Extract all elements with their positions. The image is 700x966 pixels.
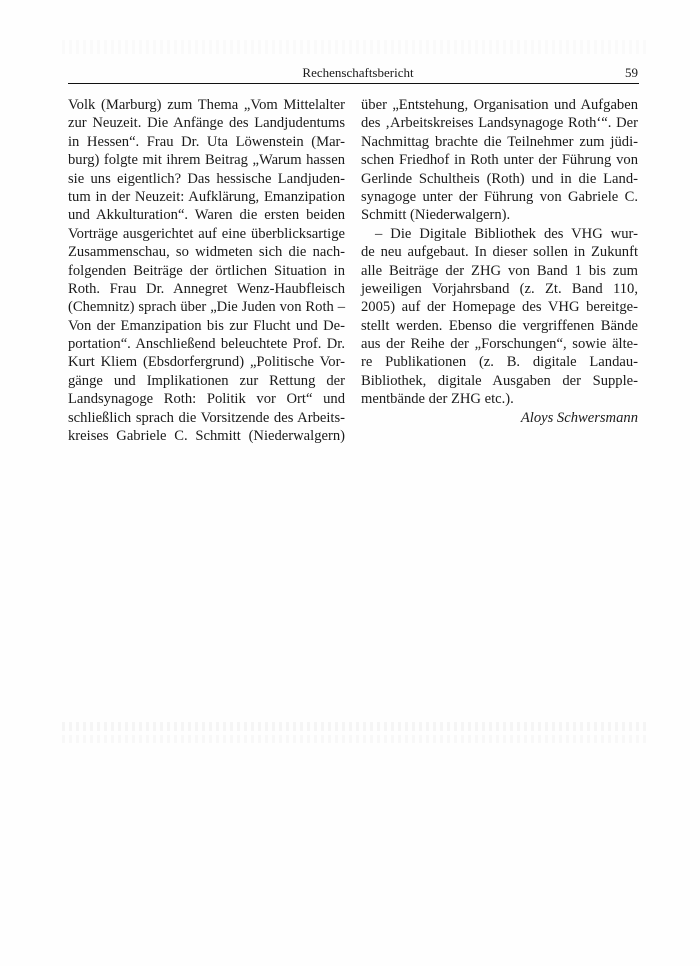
text-line: zur Neuzeit. Die Anfänge des Landjudentu… (68, 114, 345, 132)
text-line: alle Beiträge der ZHG von Band 1 bis zum (361, 262, 638, 280)
text-line: Volk (Marburg) zum Thema „Vom Mittelalte… (68, 96, 345, 114)
scanned-page: Rechenschaftsbericht 59 Volk (Marburg) z… (0, 0, 700, 966)
text-line: sie uns eigentlich? Das hessische Landju… (68, 170, 345, 188)
text-line: mentbände der ZHG etc.). (361, 390, 638, 408)
text-line: in Hessen“. Frau Dr. Uta Löwenstein (Mar… (68, 133, 345, 151)
running-head: Rechenschaftsbericht 59 (68, 64, 638, 82)
text-line: portation“. Anschließend beleuchtete Pro… (68, 335, 345, 353)
left-column: Volk (Marburg) zum Thema „Vom Mittelalte… (68, 96, 345, 445)
text-line: synagoge unter der Führung von Gabriele … (361, 188, 638, 206)
text-line: Von der Emanzipation bis zur Flucht und … (68, 317, 345, 335)
text-line: Roth. Frau Dr. Annegret Wenz-Haubfleisch (68, 280, 345, 298)
text-line: folgenden Beiträge der örtlichen Situati… (68, 262, 345, 280)
text-line: – Die Digitale Bibliothek des VHG wur- (361, 225, 638, 243)
running-title: Rechenschaftsbericht (68, 64, 638, 82)
show-through-artifact (62, 735, 647, 743)
text-line: Vorträge ausgerichtet auf eine überblick… (68, 225, 345, 243)
text-line: schen Friedhof in Roth unter der Führung… (361, 151, 638, 169)
text-line: Landsynagoge Roth: Politik vor Ort“ und (68, 390, 345, 408)
text-line: aus der Reihe der „Forschungen“, sowie ä… (361, 335, 638, 353)
text-line: re Publikationen (z. B. digitale Landau- (361, 353, 638, 371)
author-signature: Aloys Schwersmann (361, 409, 638, 427)
header-rule (68, 83, 639, 84)
show-through-artifact (62, 722, 647, 731)
text-line: schließlich sprach die Vorsitzende des A… (68, 409, 345, 427)
text-line: Kurt Kliem (Ebsdorfergrund) „Politische … (68, 353, 345, 371)
text-line: tum in der Neuzeit: Aufklärung, Emanzipa… (68, 188, 345, 206)
text-line: (Chemnitz) sprach über „Die Juden von Ro… (68, 298, 345, 316)
text-line: Gerlinde Schultheis (Roth) und in die La… (361, 170, 638, 188)
text-line: kreises Gabriele C. Schmitt (Niederwalge… (68, 427, 345, 445)
page-number: 59 (625, 64, 638, 82)
show-through-artifact (62, 40, 647, 54)
text-line: burg) folgte mit ihrem Beitrag „Warum ha… (68, 151, 345, 169)
text-line: Zusammenschau, so widmeten sich die nach… (68, 243, 345, 261)
text-line: de neu aufgebaut. In dieser sollen in Zu… (361, 243, 638, 261)
text-line: und Akkulturation“. Waren die ersten bei… (68, 206, 345, 224)
text-line: jeweiligen Vorjahrsband (z. Zt. Band 110… (361, 280, 638, 298)
text-line: 2005) auf der Homepage des VHG bereitge- (361, 298, 638, 316)
text-line: Bibliothek, digitale Ausgaben der Supple… (361, 372, 638, 390)
text-line: Schmitt (Niederwalgern). (361, 206, 638, 224)
text-line: stellt werden. Ebenso die vergriffenen B… (361, 317, 638, 335)
text-line: gänge und Implikationen zur Rettung der (68, 372, 345, 390)
text-line: des ‚Arbeitskreises Landsynagoge Roth‘“.… (361, 114, 638, 132)
text-line: Nachmittag brachte die Teilnehmer zum jü… (361, 133, 638, 151)
text-line: über „Entstehung, Organisation und Aufga… (361, 96, 638, 114)
right-column: über „Entstehung, Organisation und Aufga… (361, 96, 638, 427)
